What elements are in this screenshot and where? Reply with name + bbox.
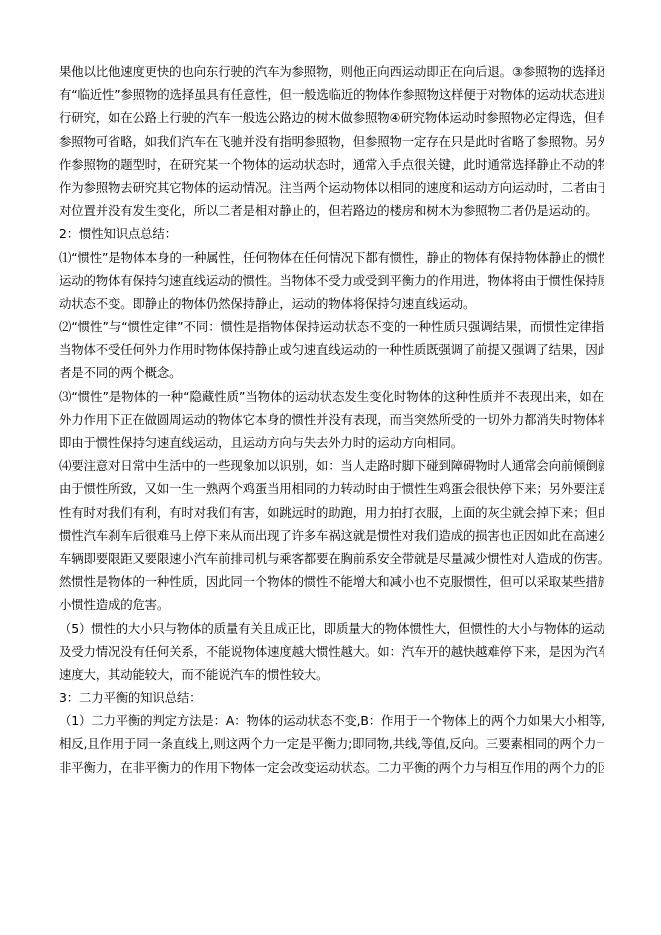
- section-heading-balance: 3：二力平衡的知识总结：: [59, 686, 604, 709]
- text-line: 作参照物的题型时，在研究某一个物体的运动状态时，通常入手点很关键，此时通常选择静…: [59, 153, 604, 176]
- text-line: 运动的物体有保持匀速直线运动的惯性。当物体不受力或受到平衡力的作用进，物体将由于…: [59, 269, 604, 292]
- text-line: ⑷要注意对日常中生活中的一些现象加以识别，如：当人走路时脚下碰到障碍物时人通常会…: [59, 454, 604, 477]
- text-line: 对位置并没有发生变化，所以二者是相对静止的，但若路边的楼房和树木为参照物二者仍是…: [59, 199, 604, 222]
- text-line: 性有时对我们有利，有时对我们有害，如跳远时的助跑，用力拍打衣服，上面的灰尘就会掉…: [59, 501, 604, 524]
- section-heading-inertia: 2：惯性知识点总结：: [59, 222, 604, 245]
- document-page: 果他以比他速度更快的也向东行驶的汽车为参照物，则他正向西运动即正在向后退。③参照…: [59, 60, 604, 779]
- text-line: 外力作用下正在做圆周运动的物体它本身的惯性并没有表现，而当突然所受的一切外力都消…: [59, 408, 604, 431]
- text-line: 作为参照物去研究其它物体的运动情况。注当两个运动物体以相同的速度和运动方向运动时…: [59, 176, 604, 199]
- text-line: 相反,且作用于同一条直线上,则这两个力一定是平衡力;即同物,共线,等值,反向。三…: [59, 732, 604, 755]
- text-line: ⑴“惯性”是物体本身的一种属性，任何物体在任何情况下都有惯性，静止的物体有保持物…: [59, 246, 604, 269]
- text-line: 果他以比他速度更快的也向东行驶的汽车为参照物，则他正向西运动即正在向后退。③参照…: [59, 60, 604, 83]
- text-line: 速度大，其动能较大，而不能说汽车的惯性较大。: [59, 663, 604, 686]
- text-line: （5）惯性的大小只与物体的质量有关且成正比，即质量大的物体惯性大，但惯性的大小与…: [59, 617, 604, 640]
- text-line: 然惯性是物体的一种性质，因此同一个物体的惯性不能增大和减小也不克服惯性，但可以采…: [59, 570, 604, 593]
- text-line: ⑶“惯性”是物体的一种“隐藏性质”当物体的运动状态发生变化时物体的这种性质并不表…: [59, 385, 604, 408]
- text-line: 参照物可省略，如我们汽车在飞驰并没有指明参照物，但参照物一定存在只是此时省略了参…: [59, 130, 604, 153]
- text-line: 即由于惯性保持匀速直线运动，且运动方向与失去外力时的运动方向相同。: [59, 431, 604, 454]
- text-line: 有“临近性”参照物的选择虽具有任意性，但一般选临近的物体作参照物这样便于对物体的…: [59, 83, 604, 106]
- text-line: 惯性汽车刹车后很难马上停下来从而出现了许多车祸这就是惯性对我们造成的损害也正因如…: [59, 524, 604, 547]
- text-line: 由于惯性所致，又如一生一熟两个鸡蛋当用相同的力转动时由于惯性生鸡蛋会很快停下来；…: [59, 477, 604, 500]
- text-line: 行研究，如在公路上行驶的汽车一般选公路边的树木做参照物④研究物体运动时参照物必定…: [59, 106, 604, 129]
- text-line: 动状态不变。即静止的物体仍然保持静止，运动的物体将保持匀速直线运动。: [59, 292, 604, 315]
- text-line: 车辆即要限距又要限速小汽车前排司机与乘客都要在胸前系安全带就是尽量减少惯性对人造…: [59, 547, 604, 570]
- text-line: 者是不同的两个概念。: [59, 361, 604, 384]
- text-line: ⑵“惯性”与“惯性定律”不同：惯性是指物体保持运动状态不变的一种性质只强调结果，…: [59, 315, 604, 338]
- text-line: 及受力情况没有任何关系，不能说物体速度越大惯性越大。如：汽车开的越快越难停下来，…: [59, 640, 604, 663]
- text-line: （1）二力平衡的判定方法是：A：物体的运动状态不变,B：作用于一个物体上的两个力…: [59, 709, 604, 732]
- text-line: 小惯性造成的危害。: [59, 593, 604, 616]
- text-line: 非平衡力，在非平衡力的作用下物体一定会改变运动状态。二力平衡的两个力与相互作用的…: [59, 756, 604, 779]
- text-line: 当物体不受任何外力作用时物体保持静止或匀速直线运动的一种性质既强调了前提又强调了…: [59, 338, 604, 361]
